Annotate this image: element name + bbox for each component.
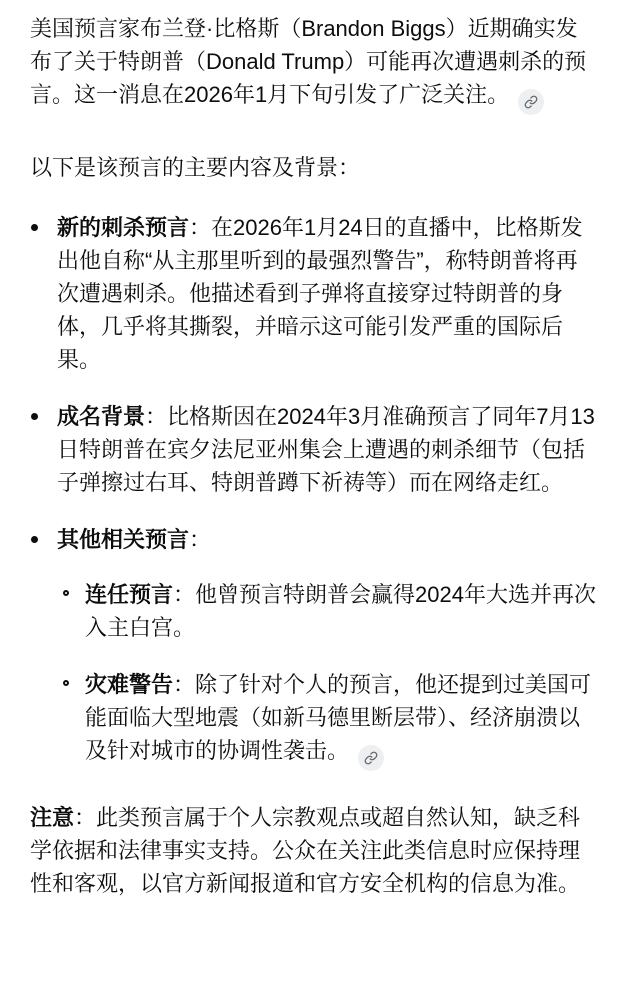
prophecy-list: 新的刺杀预言：在2026年1月24日的直播中，比格斯发出他自称“从主那里听到的最… bbox=[30, 211, 598, 771]
chat-answer: 美国预言家布兰登·比格斯（Brandon Biggs）近期确实发布了关于特朗普（… bbox=[30, 12, 598, 900]
intro-text: 美国预言家布兰登·比格斯（Brandon Biggs）近期确实发布了关于特朗普（… bbox=[30, 16, 586, 107]
bullet-marker bbox=[31, 413, 38, 420]
bullet-term: 成名背景 bbox=[57, 404, 145, 429]
citation-link-chip[interactable] bbox=[358, 745, 384, 771]
list-item-other-prophecies: 其他相关预言： 连任预言：他曾预言特朗普会赢得2024年大选并再次入主白宫。 灾… bbox=[30, 523, 598, 771]
lead-in-paragraph: 以下是该预言的主要内容及背景： bbox=[30, 151, 598, 184]
note-text: ：此类预言属于个人宗教观点或超自然认知，缺乏科学依据和法律事实支持。公众在关注此… bbox=[30, 805, 580, 896]
bullet-text: ： bbox=[189, 527, 211, 552]
intro-paragraph: 美国预言家布兰登·比格斯（Brandon Biggs）近期确实发布了关于特朗普（… bbox=[30, 12, 598, 115]
circle-bullet-marker bbox=[63, 590, 69, 596]
note-paragraph: 注意：此类预言属于个人宗教观点或超自然认知，缺乏科学依据和法律事实支持。公众在关… bbox=[30, 801, 598, 900]
list-item-new-prophecy: 新的刺杀预言：在2026年1月24日的直播中，比格斯发出他自称“从主那里听到的最… bbox=[30, 211, 598, 376]
sublist-item-disaster-warning: 灾难警告：除了针对个人的预言，他还提到过美国可能面临大型地震（如新马德里断层带）… bbox=[57, 668, 598, 771]
bullet-marker bbox=[31, 224, 38, 231]
lead-in-text: 以下是该预言的主要内容及背景： bbox=[30, 155, 360, 180]
bullet-term: 新的刺杀预言 bbox=[57, 215, 189, 240]
bullet-term: 连任预言 bbox=[85, 582, 173, 607]
link-icon bbox=[524, 95, 538, 109]
bullet-term: 其他相关预言 bbox=[57, 527, 189, 552]
other-prophecies-sublist: 连任预言：他曾预言特朗普会赢得2024年大选并再次入主白宫。 灾难警告：除了针对… bbox=[57, 578, 598, 771]
note-term: 注意 bbox=[30, 805, 74, 830]
bullet-marker bbox=[31, 536, 38, 543]
circle-bullet-marker bbox=[63, 680, 69, 686]
list-item-fame-background: 成名背景：比格斯因在2024年3月准确预言了同年7月13日特朗普在宾夕法尼亚州集… bbox=[30, 400, 598, 499]
sublist-item-reelection: 连任预言：他曾预言特朗普会赢得2024年大选并再次入主白宫。 bbox=[57, 578, 598, 644]
link-icon bbox=[364, 751, 378, 765]
bullet-term: 灾难警告 bbox=[85, 672, 173, 697]
citation-link-chip[interactable] bbox=[518, 89, 544, 115]
